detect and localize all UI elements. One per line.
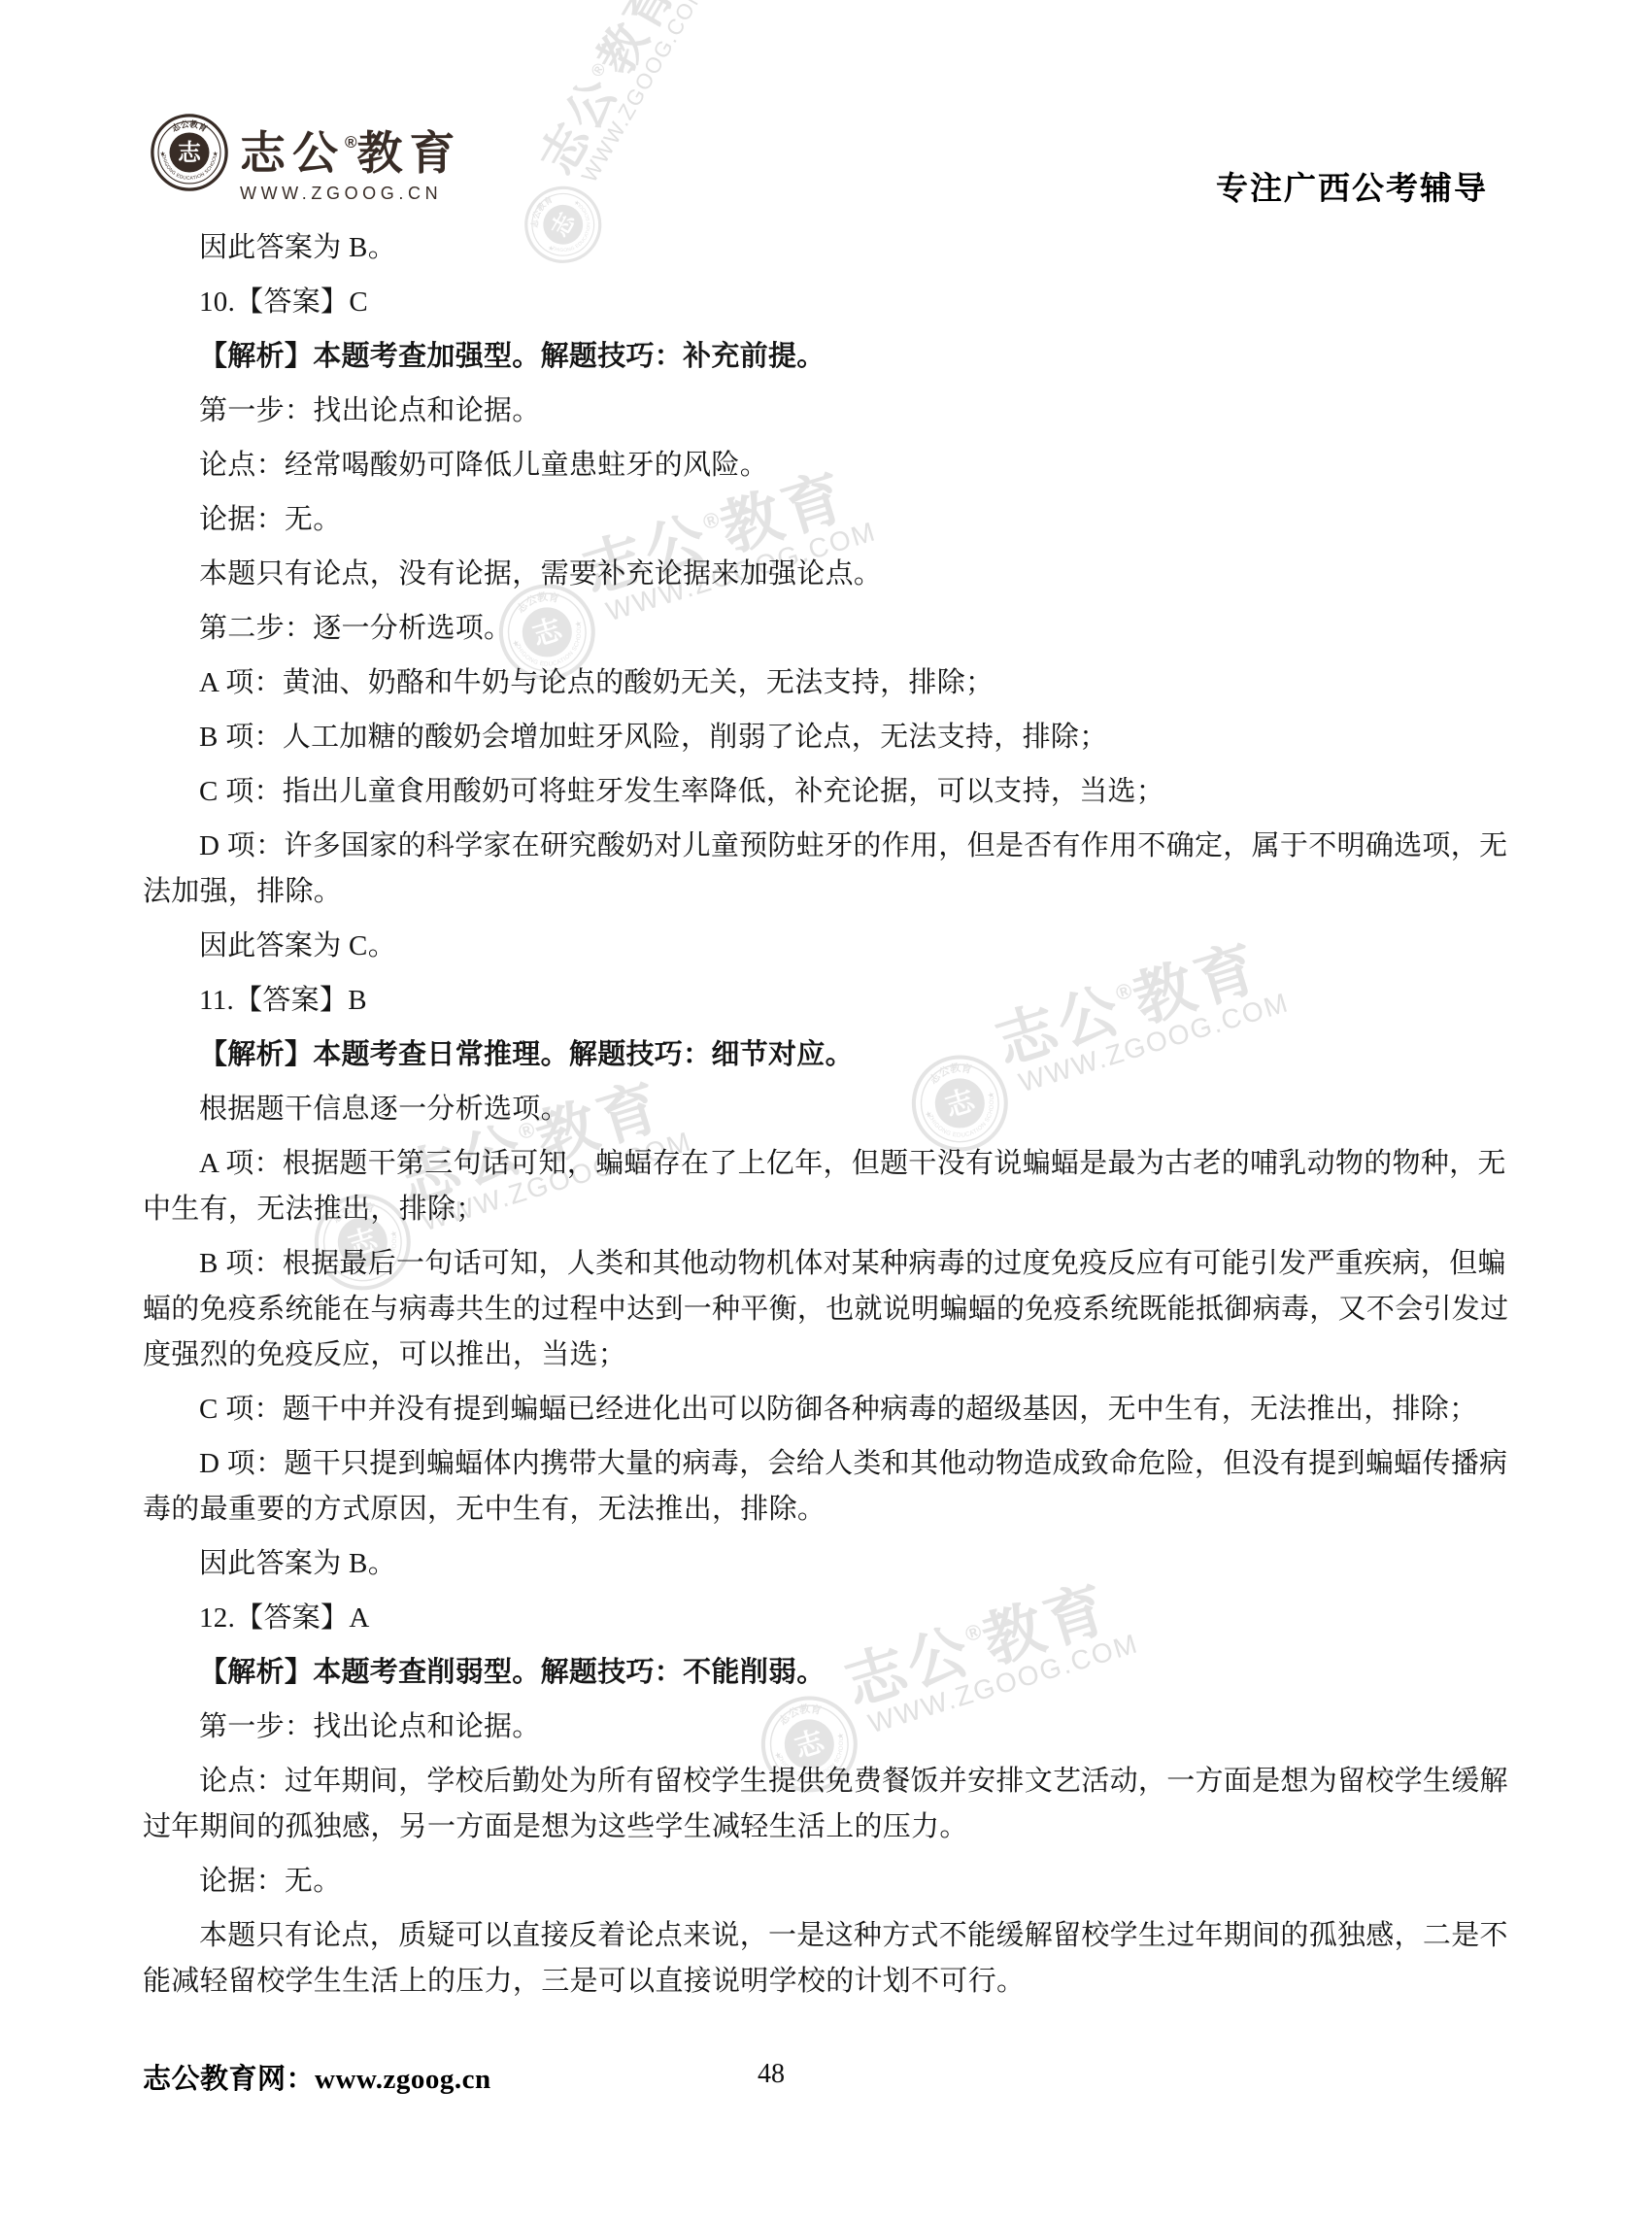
- zhigong-seal-icon: 志公教育 ZHIGONG EDUCATION SCHOOL ★ ★ 志: [150, 113, 229, 192]
- body-line: D 项：许多国家的科学家在研究酸奶对儿童预防蛀牙的作用，但是否有作用不确定，属于…: [143, 831, 1514, 860]
- svg-text:★: ★: [160, 150, 166, 157]
- body-line: A 项：黄油、奶酪和牛奶与论点的酸奶无关，无法支持，排除；: [143, 668, 1514, 697]
- body-line: 蝠的免疫系统能在与病毒共生的过程中达到一种平衡，也就说明蝙蝠的免疫系统既能抵御病…: [143, 1295, 1514, 1324]
- svg-text:志: 志: [178, 140, 202, 166]
- svg-text:志公教育: 志公教育: [170, 118, 210, 133]
- body-line: 10.【答案】C: [143, 287, 1514, 317]
- body-line: 度强烈的免疫反应，可以推出，当选；: [143, 1340, 1514, 1369]
- body-line: 中生有，无法推出，排除；: [143, 1195, 1514, 1224]
- company-logo-url: WWW.ZGOOG.CN: [240, 184, 462, 204]
- body-line: 11.【答案】B: [143, 986, 1514, 1015]
- body-line: 因此答案为 C。: [143, 931, 1514, 961]
- body-line: 因此答案为 B。: [143, 233, 1514, 262]
- body-line: C 项：指出儿童食用酸奶可将蛀牙发生率降低，补充论据，可以支持，当选；: [143, 777, 1514, 806]
- body-line: B 项：人工加糖的酸奶会增加蛀牙风险，削弱了论点，无法支持，排除；: [143, 723, 1514, 752]
- svg-text:★: ★: [213, 150, 219, 157]
- body-line: 本题只有论点，质疑可以直接反着论点来说，一是这种方式不能缓解留校学生过年期间的孤…: [143, 1921, 1514, 1950]
- body-line: 第一步：找出论点和论据。: [143, 1712, 1514, 1741]
- body-line: 论据：无。: [143, 505, 1514, 534]
- body-line: 论点：经常喝酸奶可降低儿童患蛀牙的风险。: [143, 451, 1514, 480]
- company-seal-logo-icon: 志公教育 ZHIGONG EDUCATION SCHOOL ★ ★ 志: [150, 113, 229, 192]
- body-line: A 项：根据题干第三句话可知，蝙蝠存在了上亿年，但题干没有说蝙蝠是最为古老的哺乳…: [143, 1149, 1514, 1178]
- body-line: 能减轻留校学生生活上的压力，三是可以直接说明学校的计划不可行。: [143, 1967, 1514, 1996]
- body-line: 毒的最重要的方式原因，无中生有，无法推出，排除。: [143, 1495, 1514, 1524]
- body-line: 本题只有论点，没有论据，需要补充论据来加强论点。: [143, 559, 1514, 589]
- body-line: B 项：根据最后一句话可知，人类和其他动物机体对某种病毒的过度免疫反应有可能引发…: [143, 1249, 1514, 1278]
- body-line: 12.【答案】A: [143, 1603, 1514, 1633]
- footer-site-label: 志公教育网：www.zgoog.cn: [143, 2057, 491, 2097]
- body-line: 【解析】本题考查削弱型。解题技巧：不能削弱。: [143, 1658, 1514, 1687]
- body-line: C 项：题干中并没有提到蝙蝠已经进化出可以防御各种病毒的超级基因，无中生有，无法…: [143, 1395, 1514, 1424]
- body-line: 论点：过年期间，学校后勤处为所有留校学生提供免费餐饭并安排文艺活动，一方面是想为…: [143, 1767, 1514, 1796]
- body-line: 【解析】本题考查日常推理。解题技巧：细节对应。: [143, 1040, 1514, 1069]
- body-line: D 项：题干只提到蝙蝠体内携带大量的病毒，会给人类和其他动物造成致命危险，但没有…: [143, 1449, 1514, 1478]
- body-line: 论据：无。: [143, 1867, 1514, 1896]
- company-logo: 志公®教育 WWW.ZGOOG.CN: [240, 115, 462, 204]
- header-tagline: 专注广西公考辅导: [1216, 163, 1488, 209]
- company-logo-text: 志公®教育: [240, 115, 462, 182]
- body-line: 因此答案为 B。: [143, 1549, 1514, 1578]
- body-line: 根据题干信息逐一分析选项。: [143, 1095, 1514, 1124]
- body-line: 第一步：找出论点和论据。: [143, 396, 1514, 425]
- body-line: 【解析】本题考查加强型。解题技巧：补充前提。: [143, 342, 1514, 371]
- body-line: 过年期间的孤独感，另一方面是想为这些学生减轻生活上的压力。: [143, 1812, 1514, 1841]
- body-line: 法加强，排除。: [143, 877, 1514, 906]
- page: 志公教育 ZHIGONG EDUCATION SCHOOL ★ ★ 志 志公®教…: [0, 0, 1652, 2225]
- body-line: 第二步：逐一分析选项。: [143, 614, 1514, 643]
- body-lines: 因此答案为 B。10.【答案】C【解析】本题考查加强型。解题技巧：补充前提。第一…: [143, 208, 1514, 1996]
- footer-page-number: 48: [758, 2059, 785, 2090]
